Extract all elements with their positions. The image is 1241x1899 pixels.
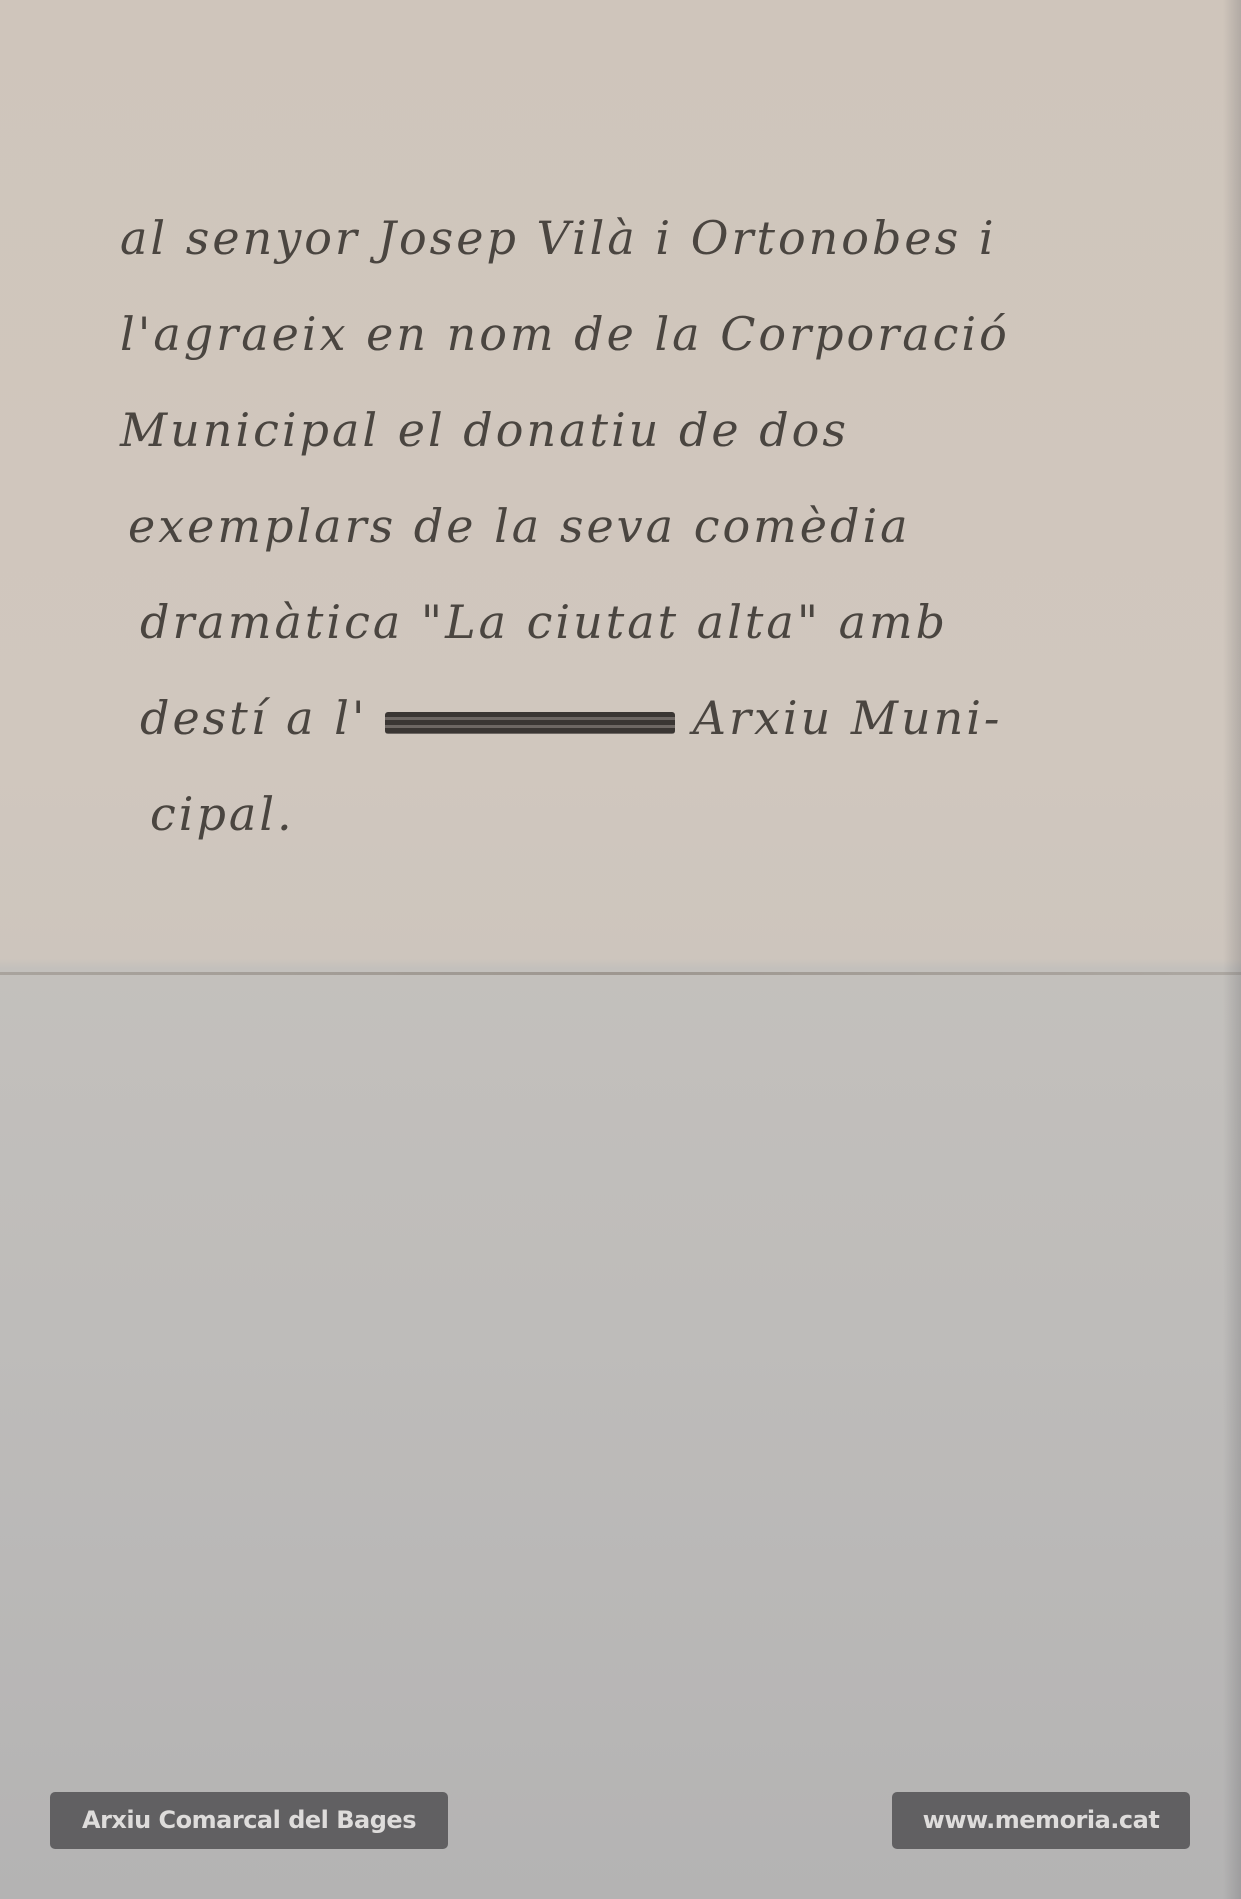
- text-line-3: Municipal el donatiu de dos: [120, 382, 1200, 478]
- text-line-6: destí a l' Hospital Arxiu Muni-: [120, 670, 1200, 766]
- text-line-7: cipal.: [120, 766, 1200, 862]
- paper-edge-shadow: [1223, 0, 1241, 1899]
- text-line-1: al senyor Josep Vilà i Ortonobes i: [120, 190, 1200, 286]
- handwritten-text: al senyor Josep Vilà i Ortonobes i l'agr…: [120, 190, 1200, 862]
- text-line-6-after: Arxiu Muni-: [693, 691, 1003, 745]
- archive-watermark-badge: Arxiu Comarcal del Bages: [50, 1792, 448, 1849]
- text-line-4: exemplars de la seva comèdia: [120, 478, 1200, 574]
- text-line-5: dramàtica "La ciutat alta" amb: [120, 574, 1200, 670]
- paper-fold-line: [0, 972, 1241, 975]
- text-line-6-before: destí a l': [140, 691, 368, 745]
- text-line-2: l'agraeix en nom de la Corporació: [120, 286, 1200, 382]
- website-watermark-badge: www.memoria.cat: [892, 1792, 1190, 1849]
- struck-out-word: Hospital: [385, 670, 675, 766]
